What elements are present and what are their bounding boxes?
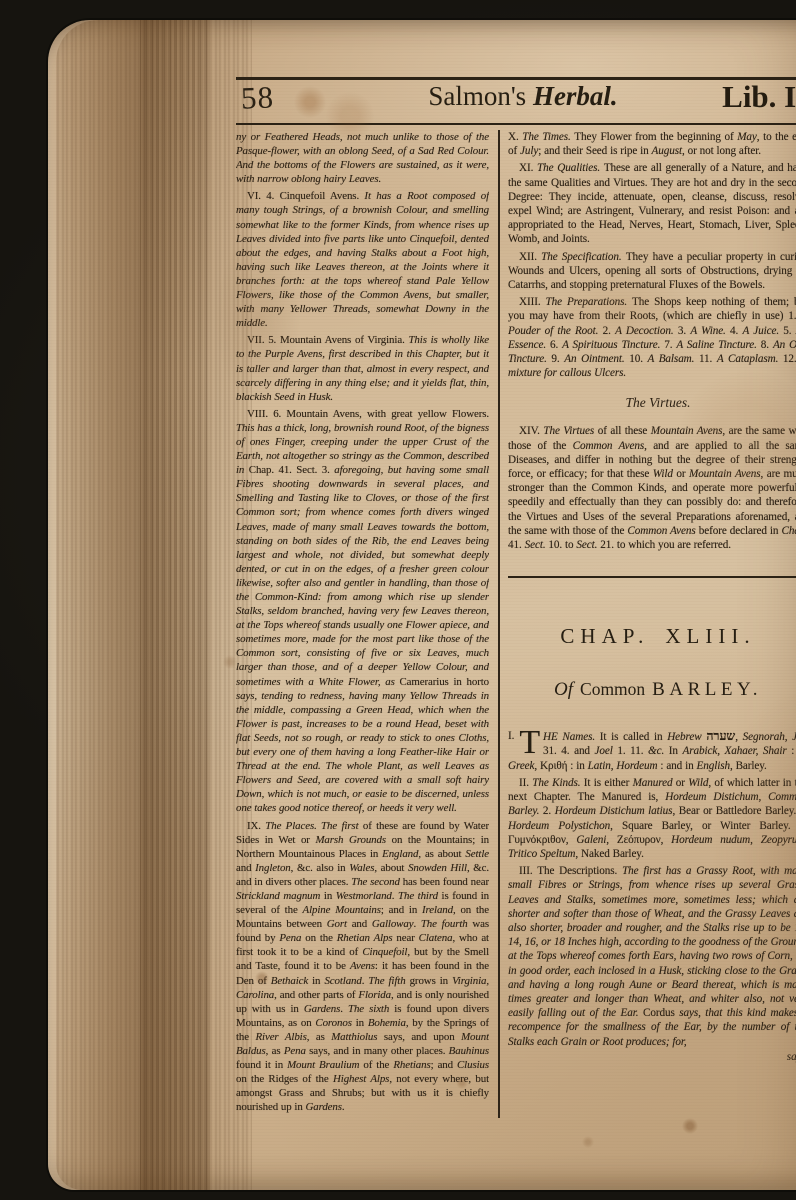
catchword: says xyxy=(508,1050,796,1064)
paragraph-section-vi: VI. 4. Cinquefoil Avens. It has a Root c… xyxy=(236,189,489,330)
paragraph-section-xii: XII. The Specification. They have a pecu… xyxy=(508,250,796,293)
book-page: 58 Salmon's Herbal. Lib. I. ny or Feathe… xyxy=(48,20,796,1190)
running-title: Salmon's Herbal. xyxy=(236,81,796,112)
gutter-shadow xyxy=(140,20,210,1190)
paragraph-section-vii: VII. 5. Mountain Avens of Virginia. This… xyxy=(236,333,489,403)
paragraph-section-ix: IX. The Places. The first of these are f… xyxy=(236,819,489,1115)
paragraph-section-ii-kinds: II. The Kinds. It is either Manured or W… xyxy=(508,776,796,861)
left-column: ny or Feathered Heads, not much unlike t… xyxy=(236,130,489,1180)
chapter-heading: CHAP.XLIII. xyxy=(508,624,796,649)
chapter-title-of: Of xyxy=(554,679,573,700)
paragraph-section-x: X. The Times. They Flower from the begin… xyxy=(508,130,796,158)
running-title-italic xyxy=(526,81,533,111)
book-scan: { "colors":{ "cover":"#14120e", "parchme… xyxy=(0,0,796,1200)
header-rule-top xyxy=(236,77,796,80)
chapter-heading-numeral: XLIII. xyxy=(665,624,755,648)
running-title-roman: Salmon's xyxy=(428,81,526,111)
header-rule-bottom xyxy=(236,123,796,125)
paragraph-section-i-text: HE Names. It is called in Hebrew שערה, S… xyxy=(508,731,796,771)
paragraph-section-viii: VIII. 6. Mountain Avens, with great yell… xyxy=(236,407,489,816)
section-marker: I. xyxy=(508,729,514,743)
book-label: Lib. I. xyxy=(722,79,796,115)
gutter-page-edges-texture xyxy=(56,20,252,1190)
drop-cap: T xyxy=(519,730,540,756)
running-title-herbal: Herbal. xyxy=(533,81,618,111)
paragraph-section-xiv: XIV. The Virtues of all these Mountain A… xyxy=(508,424,796,552)
chapter-title-common: Common xyxy=(580,679,645,699)
chapter-heading-word: CHAP. xyxy=(560,624,649,648)
paragraph-section-xi: XI. The Qualities. These are all general… xyxy=(508,161,796,246)
paragraph-section-xiii: XIII. The Preparations. The Shops keep n… xyxy=(508,295,796,380)
column-divider-rule xyxy=(498,130,500,1118)
chapter-divider-rule xyxy=(508,576,796,578)
virtues-heading: The Virtues. xyxy=(508,395,796,411)
chapter-title-barley: BARLEY. xyxy=(652,679,762,700)
text-columns: ny or Feathered Heads, not much unlike t… xyxy=(236,130,796,1180)
paragraph-section-iii-descriptions: III. The Descriptions. The first has a G… xyxy=(508,864,796,1049)
right-column: X. The Times. They Flower from the begin… xyxy=(508,130,796,1180)
paragraph-continuation: ny or Feathered Heads, not much unlike t… xyxy=(236,130,489,186)
paragraph-section-i-names: I.THE Names. It is called in Hebrew שערה… xyxy=(508,729,796,773)
chapter-title: OfCommonBARLEY. xyxy=(508,679,796,701)
